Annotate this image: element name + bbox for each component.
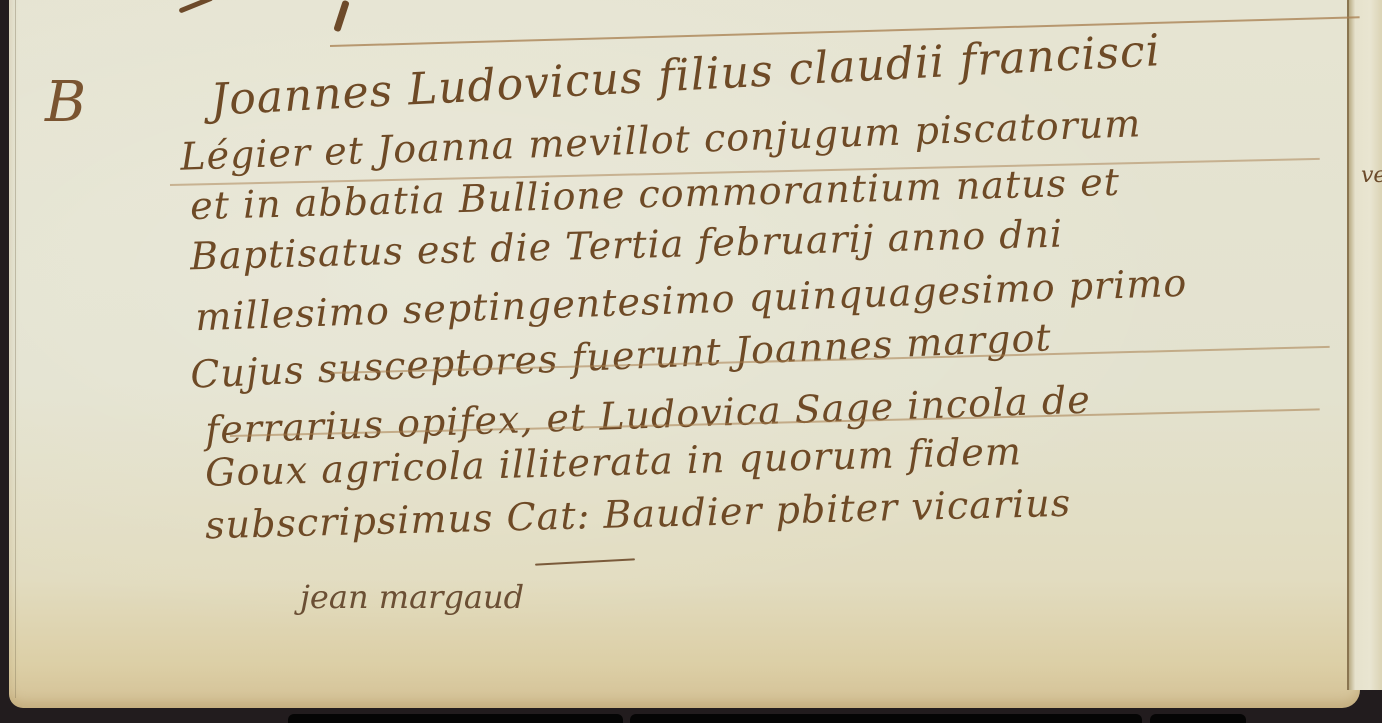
facing-page-fragment: ve xyxy=(1361,163,1382,188)
document-viewer: ve B Joannes Ludovicus filius claudii fr… xyxy=(0,0,1382,723)
signature: jean margaud xyxy=(300,578,524,616)
bottom-bar-right xyxy=(1150,714,1246,723)
bottom-bar-middle xyxy=(630,714,1142,723)
margin-mark: B xyxy=(45,70,86,135)
bottom-bar-left xyxy=(288,714,623,723)
page-gutter xyxy=(1347,0,1382,690)
